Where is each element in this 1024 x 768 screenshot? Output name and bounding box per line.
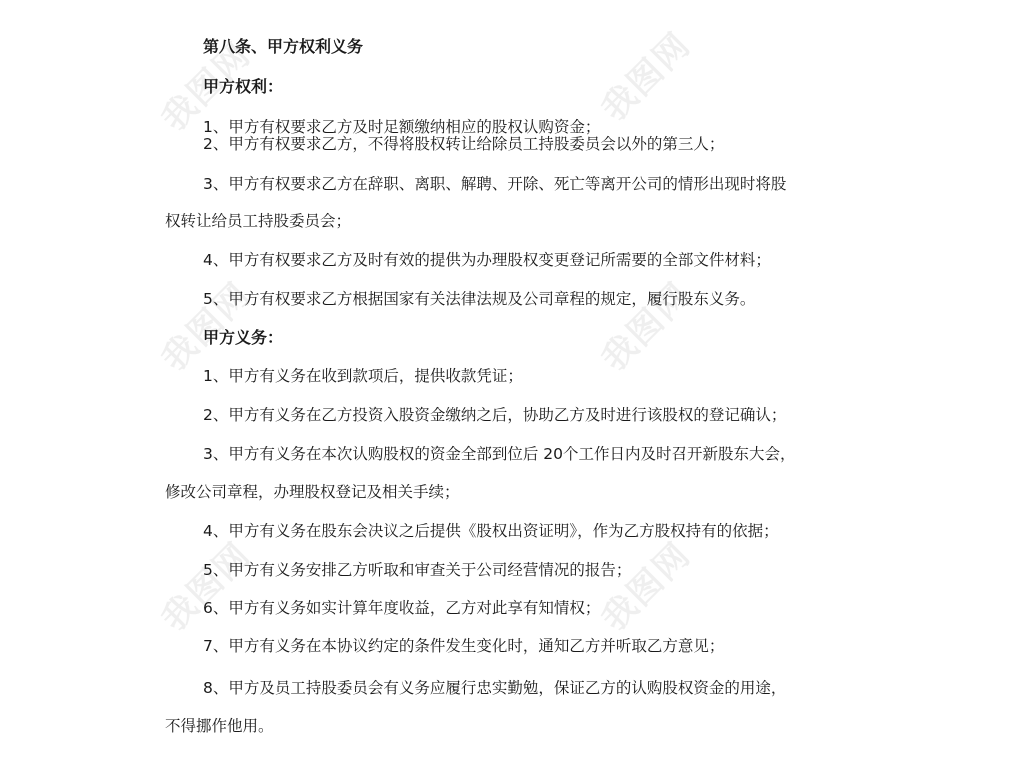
watermark: 我图网 [588, 19, 699, 130]
rights-item: 4、甲方有权要求乙方及时有效的提供为办理股权变更登记所需要的全部文件材料； [203, 250, 771, 270]
duties-item: 2、甲方有义务在乙方投资入股资金缴纳之后，协助乙方及时进行该股权的登记确认； [203, 405, 786, 425]
duties-item: 4、甲方有义务在股东会决议之后提供《股权出资证明》，作为乙方股权持有的依据； [203, 521, 779, 541]
watermark: 我图网 [148, 529, 259, 640]
rights-item: 3、甲方有权要求乙方在辞职、离职、解聘、开除、死亡等离开公司的情形出现时将股 [203, 174, 786, 194]
watermark: 我图网 [588, 269, 699, 380]
duties-heading: 甲方义务： [203, 328, 283, 348]
rights-item-cont: 权转让给员工持股委员会； [165, 211, 351, 231]
duties-item: 3、甲方有义务在本次认购股权的资金全部到位后 20个工作日内及时召开新股东大会， [203, 444, 796, 464]
duties-item: 8、甲方及员工持股委员会有义务应履行忠实勤勉，保证乙方的认购股权资金的用途， [203, 678, 786, 698]
watermark: 我图网 [148, 269, 259, 380]
section-title: 第八条、甲方权利义务 [203, 37, 363, 57]
duties-item-cont: 修改公司章程，办理股权登记及相关手续； [165, 482, 460, 502]
rights-item: 5、甲方有权要求乙方根据国家有关法律法规及公司章程的规定，履行股东义务。 [203, 289, 755, 309]
duties-item: 5、甲方有义务安排乙方听取和审查关于公司经营情况的报告； [203, 560, 631, 580]
duties-item-cont: 不得挪作他用。 [165, 716, 274, 736]
duties-item: 6、甲方有义务如实计算年度收益，乙方对此享有知情权； [203, 598, 600, 618]
duties-item: 1、甲方有义务在收到款项后，提供收款凭证； [203, 366, 523, 386]
rights-item: 2、甲方有权要求乙方，不得将股权转让给除员工持股委员会以外的第三人； [203, 134, 724, 154]
rights-heading: 甲方权利： [203, 77, 283, 97]
duties-item: 7、甲方有义务在本协议约定的条件发生变化时，通知乙方并听取乙方意见； [203, 636, 724, 656]
watermark: 我图网 [588, 529, 699, 640]
